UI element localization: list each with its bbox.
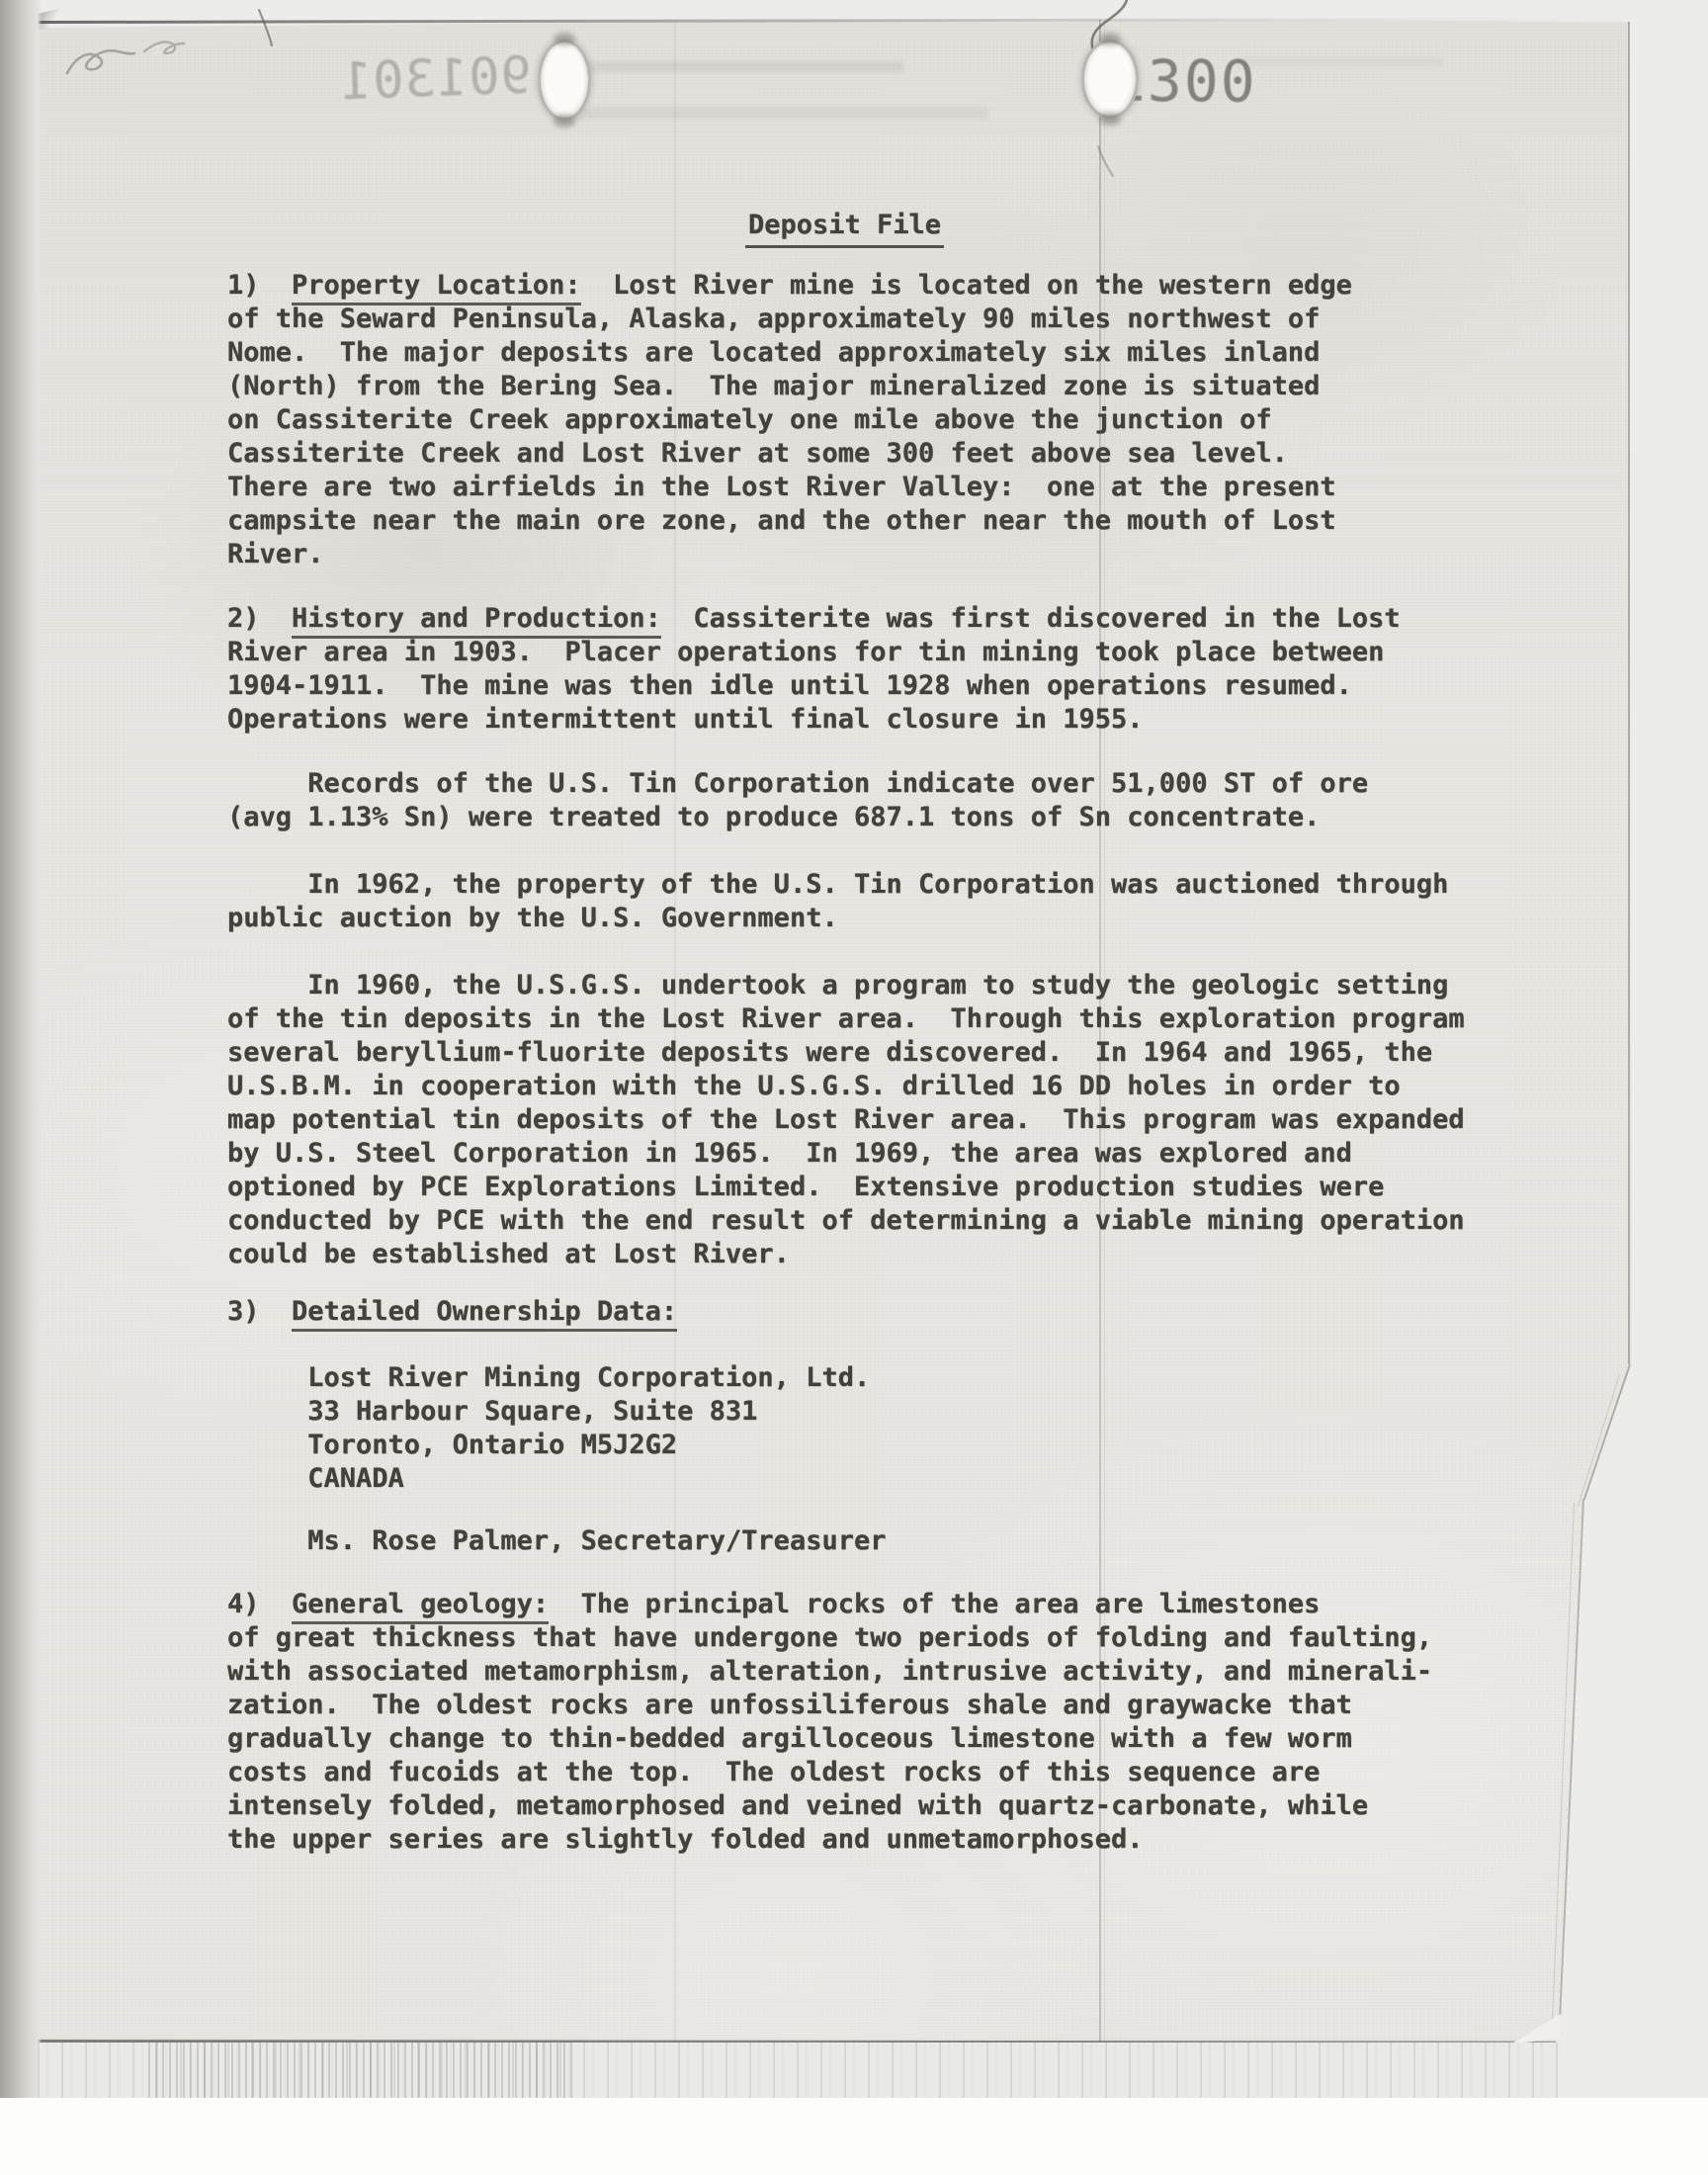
text-line: gradually change to thin-bedded argilloc… [227, 1722, 1432, 1756]
text-line: several beryllium-fluorite deposits were… [227, 1036, 1465, 1070]
text-line: could be established at Lost River. [227, 1238, 1465, 1271]
page-right-edge [1628, 22, 1630, 1364]
text-line: of the Seward Peninsula, Alaska, approxi… [227, 303, 1352, 336]
text-line: intensely folded, metamorphosed and vein… [227, 1789, 1432, 1823]
section-auction-paragraph: In 1962, the property of the U.S. Tin Co… [227, 868, 1448, 935]
text-line: Ms. Rose Palmer, Secretary/Treasurer [227, 1524, 886, 1558]
section-contact-person: Ms. Rose Palmer, Secretary/Treasurer [227, 1524, 886, 1558]
text-line: on Cassiterite Creek approximately one m… [227, 403, 1352, 437]
text-line: 1) Property Location: Lost River mine is… [227, 269, 1352, 303]
text-line: conducted by PCE with the end result of … [227, 1204, 1465, 1238]
text-line: Lost River Mining Corporation, Ltd. [227, 1361, 870, 1395]
text-line: campsite near the main ore zone, and the… [227, 504, 1352, 538]
text-line: 33 Harbour Square, Suite 831 [227, 1395, 870, 1429]
scanned-document-page: Deposit File 1) Property Location: Lost … [0, 0, 1708, 2175]
hole-punch-right [1081, 40, 1139, 119]
text-line: Cassiterite Creek and Lost River at some… [227, 437, 1352, 471]
section-general-geology: 4) General geology: The principal rocks … [227, 1588, 1432, 1857]
text-line: In 1962, the property of the U.S. Tin Co… [227, 868, 1448, 902]
scanner-streak-cluster [148, 2043, 573, 2098]
text-line: In 1960, the U.S.G.S. undertook a progra… [227, 969, 1465, 1002]
typewritten-text: Deposit File 1) Property Location: Lost … [0, 0, 1708, 2175]
section-history-and-production: 2) History and Production: Cassiterite w… [227, 602, 1401, 737]
section-records-paragraph: Records of the U.S. Tin Corporation indi… [227, 767, 1368, 834]
hole-punch-left [538, 40, 591, 121]
text-line: U.S.B.M. in cooperation with the U.S.G.S… [227, 1070, 1465, 1103]
text-line: Records of the U.S. Tin Corporation indi… [227, 767, 1368, 801]
text-line: map potential tin deposits of the Lost R… [227, 1103, 1465, 1137]
section-ownership-address: Lost River Mining Corporation, Ltd. 33 H… [227, 1361, 870, 1496]
text-line: Toronto, Ontario M5J2G2 [227, 1429, 870, 1462]
text-line: zation. The oldest rocks are unfossilife… [227, 1689, 1432, 1722]
section-property-location: 1) Property Location: Lost River mine is… [227, 269, 1352, 571]
text-line: 2) History and Production: Cassiterite w… [227, 602, 1401, 636]
section-detailed-ownership-heading: 3) Detailed Ownership Data: [227, 1295, 677, 1329]
text-line: River. [227, 538, 1352, 571]
text-line: costs and fucoids at the top. The oldest… [227, 1756, 1432, 1789]
text-line: public auction by the U.S. Government. [227, 902, 1448, 935]
text-line: with associated metamorphism, alteration… [227, 1655, 1432, 1689]
text-line: CANADA [227, 1462, 870, 1496]
text-line: Operations were intermittent until final… [227, 703, 1401, 737]
text-line: optioned by PCE Explorations Limited. Ex… [227, 1171, 1465, 1204]
section-usgs-program-paragraph: In 1960, the U.S.G.S. undertook a progra… [227, 969, 1465, 1271]
text-line: 4) General geology: The principal rocks … [227, 1588, 1432, 1621]
text-line: of the tin deposits in the Lost River ar… [227, 1002, 1465, 1036]
scanner-edge-shadow [0, 0, 42, 2098]
text-line: There are two airfields in the Lost Rive… [227, 471, 1352, 504]
text-line: of great thickness that have undergone t… [227, 1621, 1432, 1655]
scan-bottom-margin [0, 2098, 1708, 2175]
text-line: 1904-1911. The mine was then idle until … [227, 669, 1401, 703]
paper-sheet: Deposit File 1) Property Location: Lost … [0, 0, 1708, 2175]
text-line: (avg 1.13% Sn) were treated to produce 6… [227, 801, 1368, 834]
text-line: by U.S. Steel Corporation in 1965. In 19… [227, 1137, 1465, 1171]
text-line: the upper series are slightly folded and… [227, 1823, 1432, 1857]
document-title: Deposit File [745, 210, 944, 248]
text-line: 3) Detailed Ownership Data: [227, 1295, 677, 1329]
text-line: (North) from the Bering Sea. The major m… [227, 370, 1352, 403]
text-line: Nome. The major deposits are located app… [227, 336, 1352, 370]
text-line: River area in 1903. Placer operations fo… [227, 636, 1401, 669]
